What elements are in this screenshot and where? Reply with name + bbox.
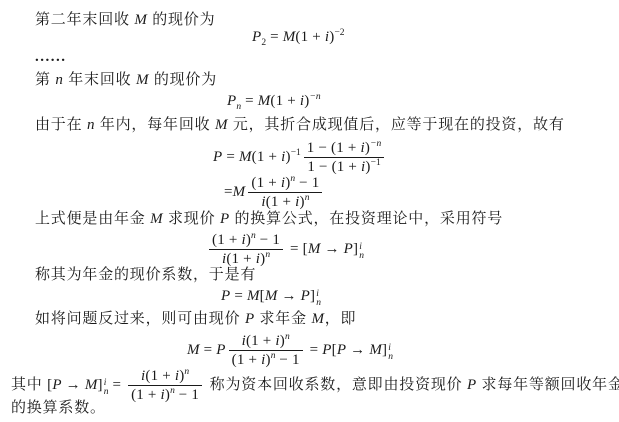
var-P: P <box>467 377 477 393</box>
fraction: 1 − (1 + i)−n1 − (1 + i)−1 <box>304 139 384 176</box>
document-page: 第二年末回收 M 的现价为 P2 = M(1 + i)−2 ...... 第 n… <box>0 0 619 422</box>
inline-formula: [P → M]in = i(1 + i)n(1 + i)n − 1 <box>47 377 205 393</box>
text-seg: (1 + <box>232 352 261 368</box>
equals: = <box>230 288 247 304</box>
text-seg: (1 + <box>226 251 255 267</box>
text-seg: (1 + <box>212 232 241 248</box>
var-P: P <box>216 342 225 358</box>
text-seg: 称为资本回收系数，意即由投资现价 <box>205 377 467 393</box>
sub-n: n <box>388 353 393 362</box>
bracket-close: ] <box>98 377 103 393</box>
exponent: n <box>184 367 189 377</box>
equals: = <box>266 29 283 45</box>
var-M: M <box>215 117 228 133</box>
equals: = <box>200 342 217 358</box>
text-seg: 上式便是由年金 <box>35 211 150 227</box>
text-seg: 求每年等额回收年金 <box>477 377 619 393</box>
var-M: M <box>134 12 147 28</box>
text-seg: 年内，每年回收 <box>95 117 215 133</box>
var-M: M <box>311 311 324 327</box>
numerator: 1 − (1 + i)−n <box>304 139 384 157</box>
var-M: M <box>233 184 246 200</box>
text-seg: (1 + <box>131 387 160 403</box>
text-seg: (1 + <box>246 333 275 349</box>
var-P: P <box>221 288 230 304</box>
text-seg: 求年金 <box>255 311 312 327</box>
arrow-right-icon: → <box>346 342 369 358</box>
para-year2-intro: 第二年末回收 M 的现价为 <box>35 11 215 30</box>
para-reasoning: 由于在 n 年内，每年回收 M 元，其折合成现值后，应等于现在的投资，故有 <box>35 116 565 135</box>
var-P: P <box>344 241 353 257</box>
exponent: n <box>305 193 310 203</box>
var-P: P <box>213 149 222 165</box>
var-M: M <box>369 342 382 358</box>
text-seg: − 1 <box>175 387 199 403</box>
exponent: n <box>265 250 270 260</box>
equals: = <box>286 241 303 257</box>
bracket-close: ] <box>382 342 387 358</box>
text-seg: 求现价 <box>163 211 220 227</box>
var-M: M <box>258 93 271 109</box>
var-P: P <box>322 342 331 358</box>
var-M: M <box>150 211 163 227</box>
var-M: M <box>85 377 98 393</box>
text-seg: 的换算公式，在投资理论中，采用符号 <box>230 211 503 227</box>
fraction: (1 + i)n − 1i(1 + i)n <box>209 231 283 268</box>
text-seg: 1 − (1 + <box>307 140 361 156</box>
fraction: i(1 + i)n(1 + i)n − 1 <box>128 367 202 404</box>
numerator: i(1 + i)n <box>229 332 303 350</box>
text-seg: 年末回收 <box>64 72 136 88</box>
bracket-close: ] <box>353 241 358 257</box>
ellipsis: ...... <box>35 48 67 67</box>
exponent: −2 <box>334 28 344 38</box>
fraction: i(1 + i)n(1 + i)n − 1 <box>229 332 303 369</box>
sub-n: n <box>359 252 364 261</box>
para-reverse-problem: 如将问题反过来，则可由现价 P 求年金 M，即 <box>35 310 356 329</box>
text-seg: (1 + <box>295 29 324 45</box>
var-n: n <box>55 72 63 88</box>
equals: = <box>224 184 233 200</box>
text-seg: 第二年末回收 <box>35 12 134 28</box>
formula-pn: Pn = M(1 + i)−n <box>227 92 321 114</box>
var-P: P <box>337 342 346 358</box>
var-P: P <box>52 377 61 393</box>
numerator: (1 + i)n − 1 <box>248 174 322 192</box>
sub-n: n <box>316 299 321 308</box>
text-seg: 的现价为 <box>149 72 217 88</box>
formula-mp-coefficient: (1 + i)n − 1i(1 + i)n = [M → P]in <box>206 231 364 268</box>
var-M: M <box>247 288 260 304</box>
var-P: P <box>252 29 261 45</box>
formula-m-equals: M = Pi(1 + i)n(1 + i)n − 1 = P[P → M]in <box>187 332 393 369</box>
text-seg: 1 − (1 + <box>307 159 361 175</box>
text-seg: (1 + <box>145 368 174 384</box>
formula-p-equals: P = M[M → P]in <box>221 287 321 308</box>
equals: = <box>306 342 323 358</box>
var-M: M <box>187 342 200 358</box>
text-seg: ，即 <box>325 311 357 327</box>
var-P: P <box>245 311 255 327</box>
var-P: P <box>220 211 230 227</box>
text-seg: 的现价为 <box>148 12 216 28</box>
text-seg: − 1 <box>256 232 280 248</box>
text-seg: 其中 <box>11 377 47 393</box>
text-seg: 元，其折合成现值后，应等于现在的投资，故有 <box>228 117 564 133</box>
formula-p-derivation-step2: =M(1 + i)n − 1i(1 + i)n <box>224 174 325 211</box>
text-seg: − 1 <box>275 352 299 368</box>
fraction: (1 + i)n − 1i(1 + i)n <box>248 174 322 211</box>
para-yearn-intro: 第 n 年末回收 M 的现价为 <box>35 71 217 90</box>
arrow-right-icon: → <box>62 377 85 393</box>
arrow-right-icon: → <box>321 241 344 257</box>
exponent: −1 <box>291 148 301 158</box>
formula-p2: P2 = M(1 + i)−2 <box>252 28 345 50</box>
text-seg: (1 + <box>270 93 299 109</box>
exponent: −n <box>309 92 320 102</box>
para-conversion-formula: 上式便是由年金 M 求现价 P 的换算公式，在投资理论中，采用符号 <box>35 210 503 229</box>
formula-p-derivation-step1: P = M(1 + i)−11 − (1 + i)−n1 − (1 + i)−1 <box>213 139 387 176</box>
numerator: (1 + i)n − 1 <box>209 231 283 249</box>
var-M: M <box>136 72 149 88</box>
exponent: −1 <box>371 158 381 168</box>
exponent: −n <box>370 139 381 149</box>
var-M: M <box>283 29 296 45</box>
bracket-close: ] <box>310 288 315 304</box>
text-seg: (1 + <box>251 175 280 191</box>
text-seg: 如将问题反过来，则可由现价 <box>35 311 245 327</box>
text-seg: (1 + <box>266 194 295 210</box>
arrow-right-icon: → <box>278 288 301 304</box>
denominator: i(1 + i)n <box>248 192 322 211</box>
equals: = <box>241 93 258 109</box>
equals: = <box>222 149 239 165</box>
text-seg: 第 <box>35 72 55 88</box>
var-M: M <box>265 288 278 304</box>
exponent: n <box>285 332 290 342</box>
supsub-stack: in <box>388 344 393 362</box>
text-seg: − 1 <box>295 175 319 191</box>
denominator: (1 + i)n − 1 <box>128 385 202 404</box>
numerator: i(1 + i)n <box>128 367 202 385</box>
var-M: M <box>239 149 252 165</box>
var-P: P <box>301 288 310 304</box>
equals: = <box>109 377 126 393</box>
supsub-stack: in <box>359 243 364 261</box>
var-P: P <box>227 93 236 109</box>
text-seg: 由于在 <box>35 117 87 133</box>
para-present-value-coeff: 称其为年金的现价系数，于是有 <box>35 266 256 285</box>
var-M: M <box>308 241 321 257</box>
text-seg: (1 + <box>252 149 281 165</box>
para-conversion-coeff-end: 的换算系数。 <box>11 399 106 418</box>
supsub-stack: in <box>316 290 321 308</box>
